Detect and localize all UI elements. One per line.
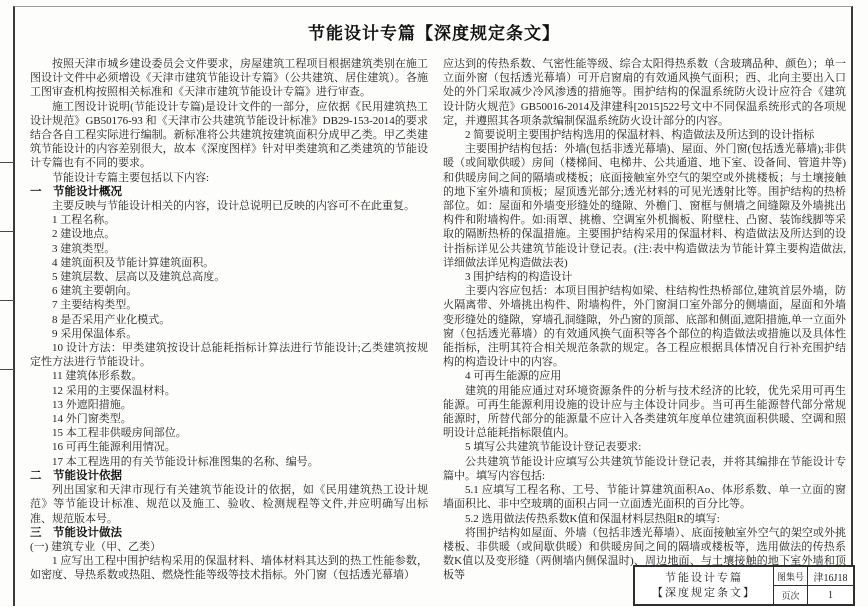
paragraph: 主要内容应包括：本项目围护结构如梁、柱结构性热桥部位,建筑首层外墙，防火隔离带、… — [443, 284, 846, 369]
list-item: 7 主要结构类型。 — [30, 298, 428, 312]
section-heading: 一 节能设计概况 — [30, 185, 428, 199]
paragraph: 节能设计专篇主要包括以下内容: — [30, 171, 428, 185]
binding-tick-mark — [0, 162, 14, 163]
paragraph-continuation: 应达到的传热系数、气密性能等级、综合太阳得热系数（含玻璃品种、颜色）；单一立面外… — [443, 57, 846, 128]
paragraph: 主要反映与节能设计相关的内容，设计总说明已反映的内容可不在此重复。 — [30, 199, 428, 213]
list-item: 5.2 选用做法传热系数K值和保温材料层热阻R的填写: — [443, 512, 846, 526]
list-item: 16 可再生能源利用情况。 — [30, 440, 428, 454]
list-item: 6 建筑主要朝向。 — [30, 284, 428, 298]
list-item: 13 外遮阳措施。 — [30, 398, 428, 412]
list-item: 3 建筑类型。 — [30, 242, 428, 256]
title-block-grid: 图集号 页次 津16J18 1 — [774, 567, 853, 604]
list-item: 5.1 应填写工程名称、工号、节能计算建筑面积Ao、体形系数、单一立面的窗墙面积… — [443, 483, 846, 511]
atlas-number-label: 图集号 — [774, 567, 807, 585]
list-item: 8 是否采用产业化模式。 — [30, 313, 428, 327]
drawing-title-block: 节能设计专篇 【深度规定条文】 图集号 页次 津16J18 1 — [633, 565, 855, 606]
subsection-heading: (一) 建筑专业（甲、乙类） — [30, 540, 428, 554]
list-item: 14 外门窗类型。 — [30, 412, 428, 426]
list-item: 9 采用保温体系。 — [30, 327, 428, 341]
paragraph: 建筑的用能应通过对环境资源条件的分析与技术经济的比较，优先采用可再生能源。可再生… — [443, 384, 846, 441]
page-number-label: 页次 — [774, 585, 807, 604]
list-item: 11 建筑体形系数。 — [30, 369, 428, 383]
binding-tick-mark — [0, 369, 14, 370]
list-item: 4 建筑面积及节能计算建筑面积。 — [30, 256, 428, 270]
list-item: 3 围护结构的构造设计 — [443, 270, 846, 284]
list-item: 5 填写公共建筑节能设计登记表要求: — [443, 440, 846, 454]
sheet-name-line2: 【深度规定条文】 — [652, 586, 756, 601]
list-item: 15 本工程非供暖房间部位。 — [30, 426, 428, 440]
list-item: 12 采用的主要保温材料。 — [30, 384, 428, 398]
left-column: 按照天津市城乡建设委员会文件要求，房屋建筑工程项目根据建筑类别在施工图设计文件中… — [30, 57, 428, 583]
paragraph: 施工图设计说明(节能设计专篇)是设计文件的一部分，应依据《民用建筑热工设计规范》… — [30, 100, 428, 171]
list-item: 2 建设地点。 — [30, 227, 428, 241]
paragraph: 公共建筑节能设计应填写公共建筑节能设计登记表，并将其编排在节能设计专篇中。填写内… — [443, 455, 846, 483]
section-heading: 二 节能设计依据 — [30, 469, 428, 483]
paragraph: 1 应写出工程中围护结构采用的保温材料、墙体材料其达到的热工性能参数，如密度、导… — [30, 554, 428, 582]
title-block-values: 津16J18 1 — [808, 567, 853, 604]
binding-tick-mark — [0, 300, 14, 301]
list-item: 5 建筑层数、层高以及建筑总高度。 — [30, 270, 428, 284]
sheet-name-line1: 节能设计专篇 — [665, 571, 743, 586]
list-item: 1 工程名称。 — [30, 213, 428, 227]
page-number-value: 1 — [808, 585, 853, 604]
title-block-labels: 图集号 页次 — [774, 567, 808, 604]
title-block-sheet-name: 节能设计专篇 【深度规定条文】 — [635, 567, 774, 604]
page-title: 节能设计专篇【深度规定条文】 — [0, 19, 868, 44]
list-item: 4 可再生能源的应用 — [443, 369, 846, 383]
section-heading: 三 节能设计做法 — [30, 526, 428, 540]
list-item: 10 设计方法：甲类建筑按设计总能耗指标计算法进行节能设计;乙类建筑按规定性方法… — [30, 341, 428, 369]
list-item: 2 简要说明主要围护结构选用的保温材料、构造做法及所达到的设计指标 — [443, 128, 846, 142]
paragraph: 列出国家和天津市现行有关建筑节能设计的依据，如《民用建筑热工设计规范》等节能设计… — [30, 483, 428, 526]
list-item: 17 本工程选用的有关节能设计标准图集的名称、编号。 — [30, 455, 428, 469]
paragraph: 主要围护结构包括：外墙(包括非透光幕墙)、屋面、外门窗(包括透光幕墙);非供暖（… — [443, 142, 846, 270]
paragraph: 按照天津市城乡建设委员会文件要求，房屋建筑工程项目根据建筑类别在施工图设计文件中… — [30, 57, 428, 100]
atlas-number-value: 津16J18 — [808, 567, 853, 585]
right-column: 应达到的传热系数、气密性能等级、综合太阳得热系数（含玻璃品种、颜色）；单一立面外… — [443, 57, 846, 583]
binding-tick-mark — [0, 231, 14, 232]
